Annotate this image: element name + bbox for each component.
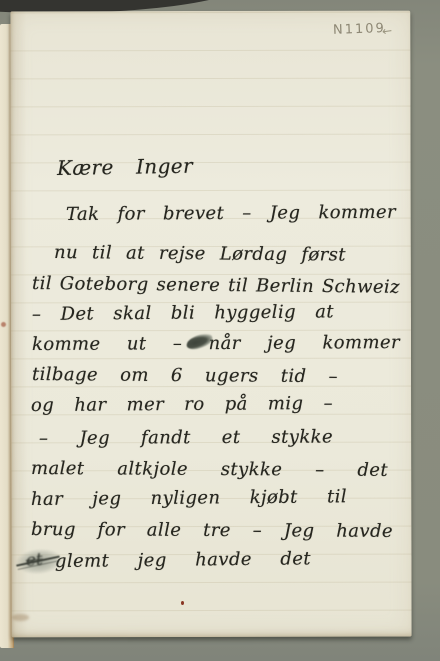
red-speck <box>181 601 184 605</box>
struck-out-word: et <box>13 546 65 577</box>
letter-line-2: nu til at rejse Lørdag først <box>54 241 346 268</box>
letter-line-8: – Jeg fandt et stykke <box>39 425 333 451</box>
letter-line-7: og har mer ro på mig – <box>31 392 333 418</box>
scanned-letter-page: N1109 ← Kære Inger Tak for brevet – Jeg … <box>0 0 440 661</box>
letter-line-11: brug for alle tre – Jeg havde <box>31 518 393 544</box>
letter-line-5: komme ut – når jeg kommer <box>32 331 400 357</box>
edge-speck <box>1 322 6 327</box>
letter-line-6: tilbage om 6 ugers tid – <box>32 363 338 389</box>
pencil-arrow-mark: ← <box>381 23 393 38</box>
catalog-number: N1109 <box>333 21 386 38</box>
letter-line-1: Tak for brevet – Jeg kommer <box>66 201 396 227</box>
letter-line-4: – Det skal bli hyggelig at <box>32 300 334 327</box>
letter-salutation: Kære Inger <box>57 154 193 180</box>
letter-line-9: malet altkjole stykke – det <box>31 457 388 483</box>
letter-line-12: glemt jeg havde det <box>55 547 311 574</box>
paper-stain <box>12 614 29 621</box>
letter-line-10: har jeg nyligen kjøbt til <box>31 485 347 512</box>
letter-line-3: til Goteborg senere til Berlin Schweiz <box>32 272 400 300</box>
